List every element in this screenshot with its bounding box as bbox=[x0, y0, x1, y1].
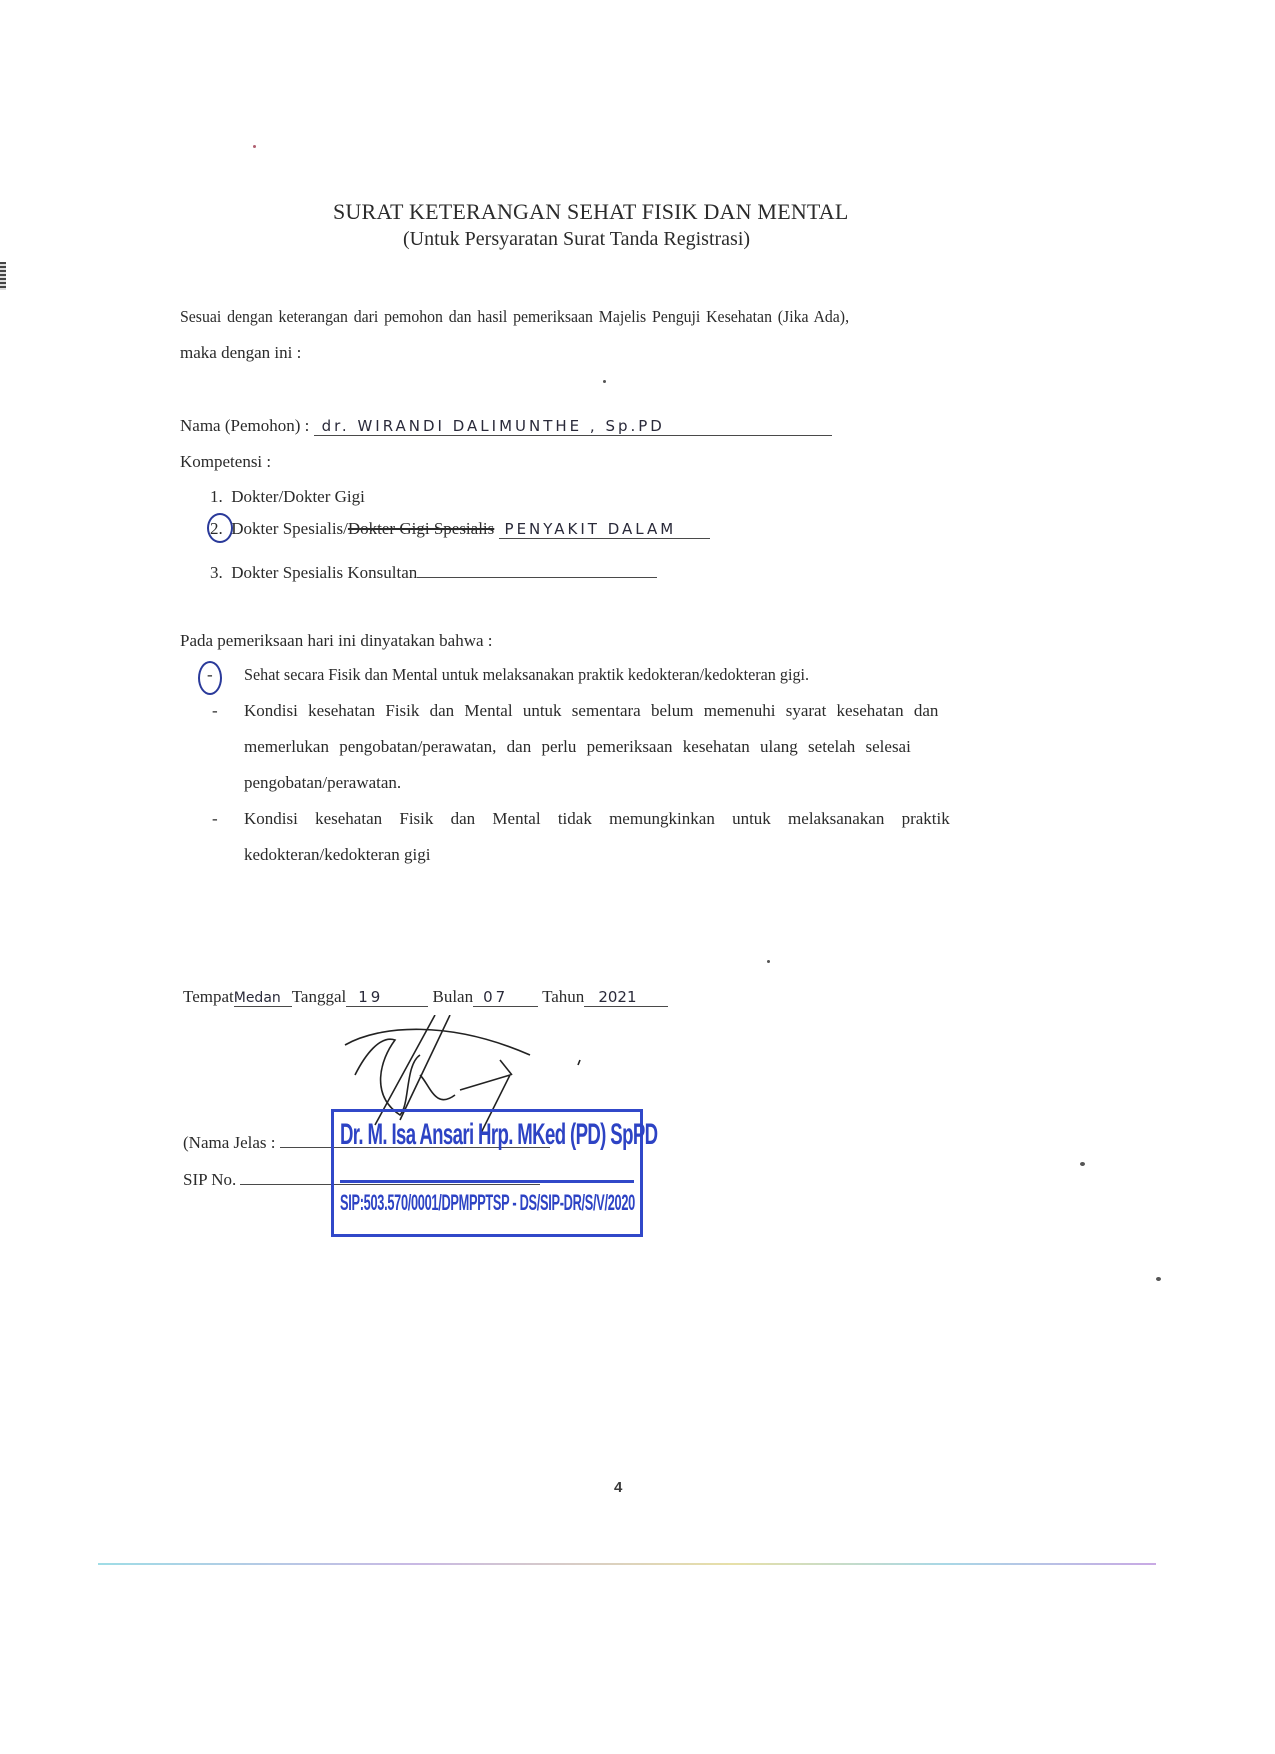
item-text: Dokter Spesialis/ bbox=[231, 519, 348, 538]
stamp-doctor-name: Dr. M. Isa Ansari Hrp. MKed (PD) SpPD bbox=[340, 1118, 657, 1152]
place-value: Medan bbox=[234, 990, 292, 1007]
intro-line-1: Sesuai dengan keterangan dari pemohon da… bbox=[180, 307, 849, 327]
month-label: Bulan bbox=[433, 987, 474, 1006]
specialty-fill-value: PENYAKIT DALAM bbox=[499, 520, 710, 539]
doctor-stamp: Dr. M. Isa Ansari Hrp. MKed (PD) SpPD SI… bbox=[331, 1109, 643, 1237]
competence-label: Kompetensi : bbox=[180, 452, 271, 472]
sip-label: SIP No. bbox=[183, 1170, 236, 1189]
page-number: 4 bbox=[614, 1479, 622, 1496]
item-number: 2. bbox=[210, 519, 223, 538]
document-subtitle: (Untuk Persyaratan Surat Tanda Registras… bbox=[403, 228, 750, 251]
applicant-field: Nama (Pemohon) : dr. WIRANDI DALIMUNTHE … bbox=[180, 416, 832, 436]
exam-option-marker: - bbox=[212, 701, 218, 721]
item-text: Dokter Spesialis Konsultan bbox=[231, 563, 417, 582]
scan-speck bbox=[1156, 1277, 1161, 1281]
struck-text: Dokter Gigi Spesialis bbox=[348, 519, 494, 538]
scan-edge-line bbox=[98, 1563, 1156, 1565]
day-label: Tanggal bbox=[292, 987, 347, 1006]
place-date-line: TempatMedanTanggal19 Bulan07 Tahun2021 bbox=[183, 987, 668, 1007]
exam-option-3-line-1: Kondisi kesehatan Fisik dan Mental tidak… bbox=[244, 809, 950, 829]
document-title: SURAT KETERANGAN SEHAT FISIK DAN MENTAL bbox=[333, 199, 849, 225]
exam-label: Pada pemeriksaan hari ini dinyatakan bah… bbox=[180, 631, 493, 651]
item-text: Dokter/Dokter Gigi bbox=[231, 487, 365, 506]
month-value: 07 bbox=[473, 988, 538, 1007]
exam-option-2-line-2: memerlukan pengobatan/perawatan, dan per… bbox=[244, 737, 911, 757]
exam-option-3-line-2: kedokteran/kedokteran gigi bbox=[244, 845, 430, 865]
applicant-name-value: dr. WIRANDI DALIMUNTHE , Sp.PD bbox=[314, 417, 832, 436]
item-number: 3. bbox=[210, 563, 223, 582]
exam-option-2-line-3: pengobatan/perawatan. bbox=[244, 773, 401, 793]
consultant-fill-blank bbox=[417, 559, 657, 578]
applicant-label: Nama (Pemohon) : bbox=[180, 416, 309, 435]
stamp-sip-number: SIP:503.570/0001/DPMPPTSP - DS/SIP-DR/S/… bbox=[340, 1190, 635, 1216]
scan-speck bbox=[603, 380, 606, 383]
exam-option-2-line-1: Kondisi kesehatan Fisik dan Mental untuk… bbox=[244, 701, 938, 721]
day-value: 19 bbox=[346, 988, 428, 1007]
scan-speck bbox=[1080, 1162, 1085, 1166]
intro-line-2: maka dengan ini : bbox=[180, 343, 301, 363]
exam-option-marker: - bbox=[212, 809, 218, 829]
item-number: 1. bbox=[210, 487, 223, 506]
competence-item-1: 1. Dokter/Dokter Gigi bbox=[210, 487, 365, 507]
year-label: Tahun bbox=[542, 987, 584, 1006]
competence-item-2: 2. Dokter Spesialis/Dokter Gigi Spesiali… bbox=[210, 519, 710, 539]
exam-option-marker: - bbox=[207, 665, 213, 685]
stamp-divider bbox=[340, 1180, 634, 1183]
name-label: (Nama Jelas : bbox=[183, 1133, 276, 1152]
year-value: 2021 bbox=[584, 988, 668, 1007]
competence-item-3: 3. Dokter Spesialis Konsultan bbox=[210, 559, 657, 583]
place-label: Tempat bbox=[183, 987, 234, 1006]
scan-speck bbox=[767, 960, 770, 963]
exam-option-1-line-1: Sehat secara Fisik dan Mental untuk mela… bbox=[244, 665, 809, 685]
scan-edge-mark bbox=[0, 262, 6, 290]
scan-speck bbox=[253, 145, 256, 148]
